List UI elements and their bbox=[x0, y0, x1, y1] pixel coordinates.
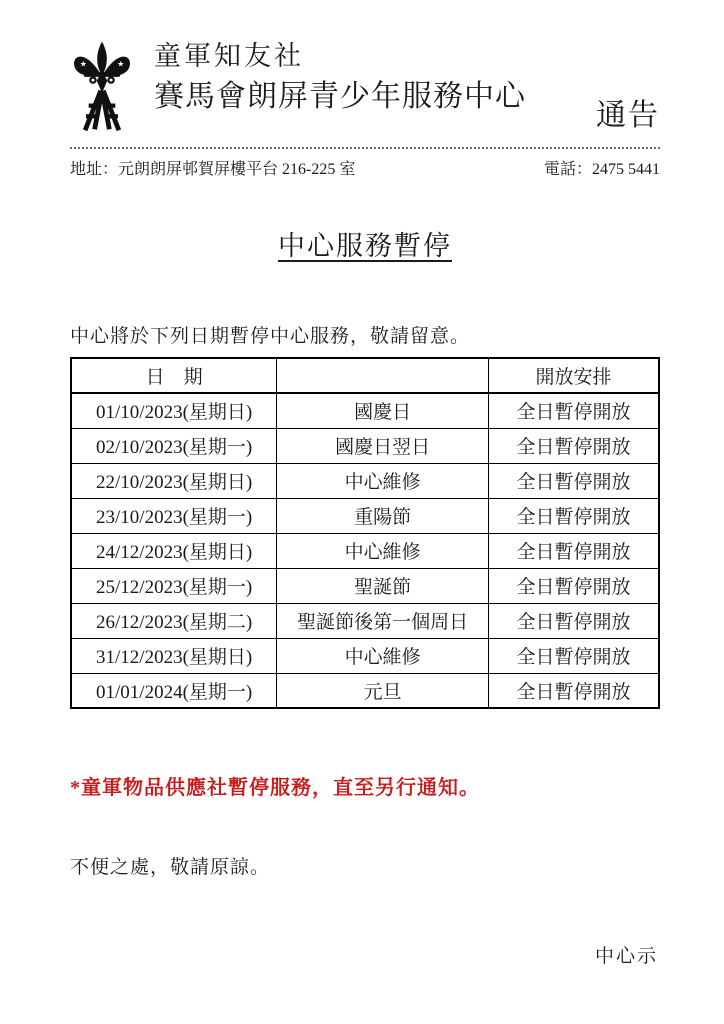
document-header: ★ ★ 童軍知友社 賽馬會朗屏青少年服務中心 bbox=[70, 40, 660, 134]
arrangement-cell: 全日暫停開放 bbox=[488, 673, 659, 708]
table-row: 01/01/2024(星期一) 元旦 全日暫停開放 bbox=[71, 673, 659, 708]
date-cell: 23/10/2023(星期一) bbox=[71, 498, 277, 533]
table-row: 26/12/2023(星期二) 聖誕節後第一個周日 全日暫停開放 bbox=[71, 603, 659, 638]
table-row: 23/10/2023(星期一) 重陽節 全日暫停開放 bbox=[71, 498, 659, 533]
arrangement-cell: 全日暫停開放 bbox=[488, 463, 659, 498]
table-row: 22/10/2023(星期日) 中心維修 全日暫停開放 bbox=[71, 463, 659, 498]
svg-text:★: ★ bbox=[80, 60, 87, 69]
apology-text: 不便之處，敬請原諒。 bbox=[70, 852, 660, 879]
arrangement-cell: 全日暫停開放 bbox=[488, 428, 659, 463]
header-divider bbox=[70, 147, 660, 149]
signoff-text: 中心示 bbox=[70, 941, 660, 968]
event-cell: 元旦 bbox=[277, 673, 489, 708]
arrangement-cell: 全日暫停開放 bbox=[488, 603, 659, 638]
org-name-line1: 童軍知友社 bbox=[154, 40, 526, 74]
page-title-text: 中心服務暫停 bbox=[278, 231, 452, 261]
date-cell: 31/12/2023(星期日) bbox=[71, 638, 277, 673]
column-header-arrangement: 開放安排 bbox=[488, 358, 659, 393]
event-cell: 聖誕節 bbox=[277, 568, 489, 603]
table-row: 24/12/2023(星期日) 中心維修 全日暫停開放 bbox=[71, 533, 659, 568]
arrangement-cell: 全日暫停開放 bbox=[488, 498, 659, 533]
page-title: 中心服務暫停 bbox=[70, 224, 660, 263]
date-cell: 25/12/2023(星期一) bbox=[71, 568, 277, 603]
supply-suspension-note: *童軍物品供應社暫停服務，直至另行通知。 bbox=[70, 771, 660, 800]
event-cell: 中心維修 bbox=[277, 638, 489, 673]
arrangement-cell: 全日暫停開放 bbox=[488, 638, 659, 673]
event-cell: 重陽節 bbox=[277, 498, 489, 533]
event-cell: 國慶日翌日 bbox=[277, 428, 489, 463]
address-text: 地址：元朗朗屏邨賀屏樓平台 216-225 室 bbox=[70, 156, 355, 179]
notice-type-label: 通告 bbox=[596, 90, 660, 134]
column-header-date: 日 期 bbox=[71, 358, 277, 393]
date-cell: 22/10/2023(星期日) bbox=[71, 463, 277, 498]
svg-text:★: ★ bbox=[117, 60, 124, 69]
organization-name: 童軍知友社 賽馬會朗屏青少年服務中心 bbox=[154, 40, 526, 115]
notice-document: ★ ★ 童軍知友社 賽馬會朗屏青少年服務中心 bbox=[0, 0, 724, 1024]
date-cell: 01/10/2023(星期日) bbox=[71, 393, 277, 428]
date-cell: 24/12/2023(星期日) bbox=[71, 533, 277, 568]
event-cell: 中心維修 bbox=[277, 533, 489, 568]
table-row: 31/12/2023(星期日) 中心維修 全日暫停開放 bbox=[71, 638, 659, 673]
event-cell: 聖誕節後第一個周日 bbox=[277, 603, 489, 638]
date-cell: 02/10/2023(星期一) bbox=[71, 428, 277, 463]
table-header-row: 日 期 開放安排 bbox=[71, 358, 659, 393]
contact-row: 地址：元朗朗屏邨賀屏樓平台 216-225 室 電話：2475 5441 bbox=[70, 156, 660, 179]
date-cell: 01/01/2024(星期一) bbox=[71, 673, 277, 708]
event-cell: 中心維修 bbox=[277, 463, 489, 498]
column-header-event bbox=[277, 358, 489, 393]
event-cell: 國慶日 bbox=[277, 393, 489, 428]
table-row: 01/10/2023(星期日) 國慶日 全日暫停開放 bbox=[71, 393, 659, 428]
phone-text: 電話：2475 5441 bbox=[544, 156, 660, 179]
arrangement-cell: 全日暫停開放 bbox=[488, 568, 659, 603]
closure-schedule-table: 日 期 開放安排 01/10/2023(星期日) 國慶日 全日暫停開放 02/1… bbox=[70, 357, 660, 709]
arrangement-cell: 全日暫停開放 bbox=[488, 393, 659, 428]
arrangement-cell: 全日暫停開放 bbox=[488, 533, 659, 568]
date-cell: 26/12/2023(星期二) bbox=[71, 603, 277, 638]
intro-text: 中心將於下列日期暫停中心服務，敬請留意。 bbox=[70, 321, 660, 348]
org-name-line2: 賽馬會朗屏青少年服務中心 bbox=[154, 79, 526, 115]
table-row: 02/10/2023(星期一) 國慶日翌日 全日暫停開放 bbox=[71, 428, 659, 463]
scout-fleur-de-lis-icon: ★ ★ bbox=[70, 40, 134, 134]
table-row: 25/12/2023(星期一) 聖誕節 全日暫停開放 bbox=[71, 568, 659, 603]
